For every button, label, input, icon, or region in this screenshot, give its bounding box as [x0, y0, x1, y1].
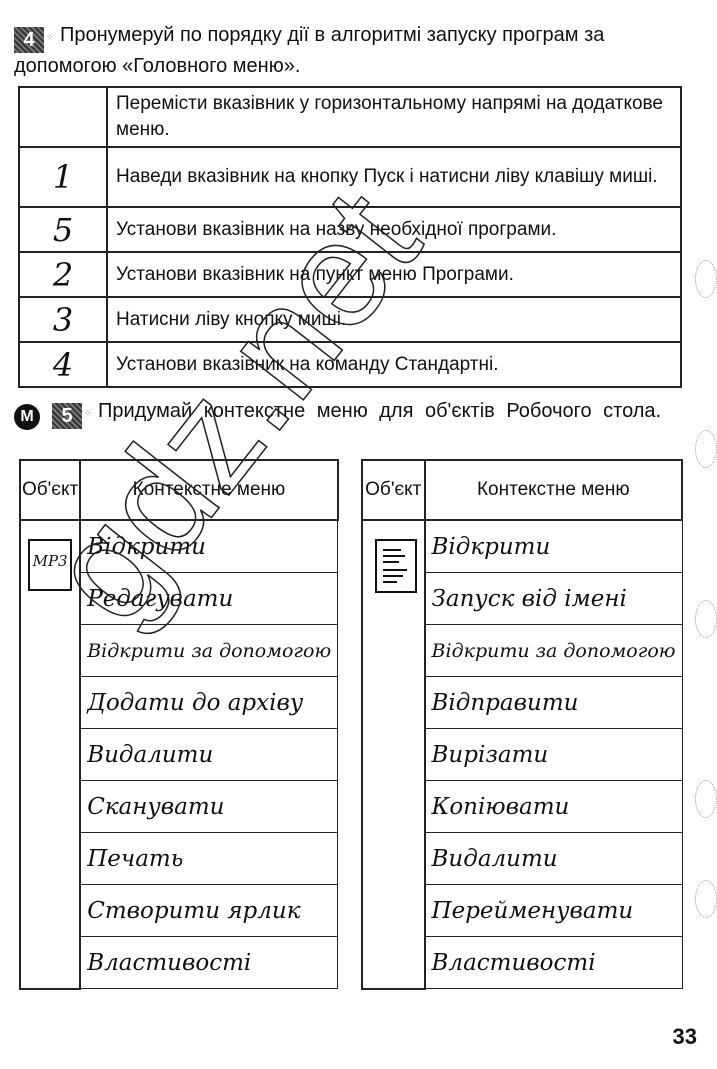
menu-item: Властивості	[80, 937, 337, 989]
step-order: 1	[19, 147, 107, 207]
margin-decoration-icon	[695, 600, 717, 638]
algorithm-row: 3Натисни ліву кнопку миші.	[19, 297, 681, 342]
step-text: Установи вказівник на команду Стандартні…	[107, 342, 681, 387]
menu-item: Відкрити	[425, 520, 682, 573]
object-cell: MP3	[20, 520, 80, 989]
task-number-badge: 5	[52, 403, 82, 429]
menu-item: Сканувати	[80, 781, 337, 833]
menu-item: Перейменувати	[425, 885, 682, 937]
step-order: 2	[19, 252, 107, 297]
algorithm-table: Перемісти вказівник у горизонтальному на…	[18, 86, 682, 388]
menu-item: Відкрити	[80, 520, 337, 573]
decorative-dots-icon: ⁘	[84, 409, 94, 417]
m-marker-icon: М	[14, 404, 40, 430]
menu-item: Додати до архіву	[80, 677, 337, 729]
step-text: Натисни ліву кнопку миші.	[107, 297, 681, 342]
step-text: Установи вказівник на пункт меню Програм…	[107, 252, 681, 297]
menu-item: Створити ярлик	[80, 885, 337, 937]
menu-item: Редагувати	[80, 573, 337, 625]
task4-heading: 4⁘Пронумеруй по порядку дії в алгоритмі …	[14, 22, 684, 79]
margin-decoration-icon	[695, 430, 717, 468]
decorative-dots-icon: ⁘	[46, 33, 56, 41]
margin-decoration-icon	[695, 780, 717, 818]
header-object: Об'єкт	[20, 460, 80, 520]
menu-item: Печать	[80, 833, 337, 885]
step-text: Наведи вказівник на кнопку Пуск і натисн…	[107, 147, 681, 207]
algorithm-row: 4Установи вказівник на команду Стандартн…	[19, 342, 681, 387]
algorithm-row: 1Наведи вказівник на кнопку Пуск і натис…	[19, 147, 681, 207]
step-text: Перемісти вказівник у горизонтальному на…	[107, 87, 681, 147]
task5-heading: М5⁘Придумай контекстне меню для об'єктів…	[14, 398, 684, 430]
task5-instruction: Придумай контекстне меню для об'єктів Ро…	[98, 400, 661, 422]
context-menu-table-mp3: Об'єкт Контекстне меню MP3ВідкритиРедагу…	[19, 459, 339, 990]
step-text: Установи вказівник на назву необхідної п…	[107, 207, 681, 252]
task4-instruction: Пронумеруй по порядку дії в алгоритмі за…	[14, 24, 604, 77]
header-context-menu: Контекстне меню	[80, 460, 337, 520]
header-object: Об'єкт	[362, 460, 425, 520]
margin-decoration-icon	[695, 260, 717, 298]
task-number-badge: 4	[14, 27, 44, 53]
menu-item: Відкрити за допомогою	[80, 625, 337, 677]
menu-row: MP3Відкрити	[20, 520, 338, 573]
page-number: 33	[673, 1024, 697, 1050]
context-menu-table-document: Об'єкт Контекстне меню ВідкритиЗапуск ві…	[361, 459, 683, 990]
menu-item: Властивості	[425, 937, 682, 989]
header-context-menu: Контекстне меню	[425, 460, 682, 520]
step-order	[19, 87, 107, 147]
menu-item: Запуск від імені	[425, 573, 682, 625]
step-order: 3	[19, 297, 107, 342]
mp3-file-icon: MP3	[28, 539, 72, 591]
menu-item: Відкрити за допомогою	[425, 625, 682, 677]
menu-row: Відкрити	[362, 520, 682, 573]
object-cell	[362, 520, 425, 989]
menu-item: Видалити	[425, 833, 682, 885]
step-order: 4	[19, 342, 107, 387]
menu-item: Копіювати	[425, 781, 682, 833]
menu-item: Відправити	[425, 677, 682, 729]
algorithm-row: 5Установи вказівник на назву необхідної …	[19, 207, 681, 252]
step-order: 5	[19, 207, 107, 252]
document-icon	[375, 539, 417, 593]
menu-item: Видалити	[80, 729, 337, 781]
algorithm-row: Перемісти вказівник у горизонтальному на…	[19, 87, 681, 147]
menu-item: Вирізати	[425, 729, 682, 781]
algorithm-row: 2Установи вказівник на пункт меню Програ…	[19, 252, 681, 297]
margin-decoration-icon	[695, 880, 717, 918]
